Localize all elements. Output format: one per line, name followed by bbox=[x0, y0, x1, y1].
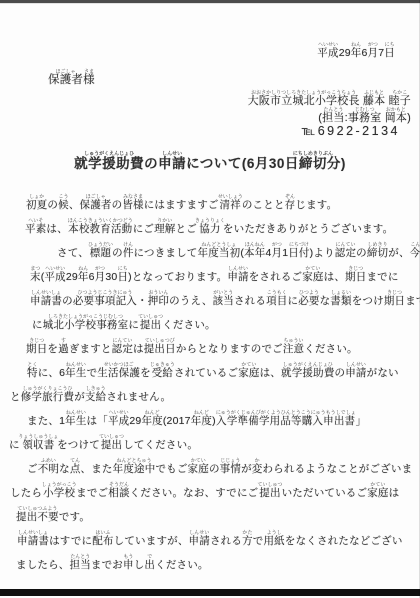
body-line-grade1-2: に領収書りょうしゅうしょをつけて提出ていしゅつしてください。 bbox=[0, 434, 420, 453]
document-title: 就学援助費しゅうがくえんじょひの申請しんせいについて(6月30日締切分にちしめき… bbox=[0, 151, 420, 172]
phone-line: ℡6922-2134 bbox=[0, 124, 420, 138]
body-line-inquiry-1: ご不明ふめいな点てん、また年度途中ねんどとちゅうでもご家庭かていの事情じじょうが… bbox=[0, 458, 420, 477]
letter-content: 平成へいせい29年ねん6月がつ7日にち保護者ほごしゃ様さま大阪市立城北小学校長お… bbox=[0, 4, 420, 578]
scanned-letter: 平成へいせい29年ねん6月がつ7日にち保護者ほごしゃ様さま大阪市立城北小学校長お… bbox=[0, 0, 420, 598]
date-line: 平成へいせい29年ねん6月がつ7日にち bbox=[0, 42, 420, 60]
body-line-deadline-2: 末まつ(平成へいせい29年ねん6月がつ30日にち)となっております。申請しんせい… bbox=[0, 266, 420, 285]
sender-contact-line: (担当たんとう:事務室じむしつ 岡本おかもと) bbox=[0, 107, 420, 124]
body-line-caution: 期日きじつを過すぎますと認定にんていは提出日ていしゅつびからとなりますのでご注意… bbox=[0, 338, 420, 357]
scan-bottom-edge bbox=[0, 589, 420, 596]
body-line-greeting-1: 初夏しょかの候こう、保護者ほごしゃの皆様みなさまにはますますご清祥せいしょうのこ… bbox=[0, 194, 420, 213]
body-line-deadline-1: さて、標題ひょうだいの件けんにつきまして年度当初ねんどとうしょ(本年ほんねん4月… bbox=[0, 242, 420, 261]
body-line-inquiry-3: 提出不要ていしゅつふようです。 bbox=[0, 506, 420, 525]
body-line-grade6-1: 特とくに、6年生ねんせいで生活保護せいかつほごを受給じゅきゅうされているご家庭か… bbox=[0, 362, 420, 381]
body-line-form-2: ましたら、担当たんとうまでお申もうし出でください。 bbox=[0, 554, 420, 573]
body-line-deadline-3: 申請書しんせいしょの必要事項記入ひつようじこうきにゅう・押印おういんのうえ、該当… bbox=[0, 290, 420, 309]
sender-name-line: 大阪市立城北小学校長おおさかしりつしろきたしょうがっこうちょう 藤本ふじもと 睦… bbox=[0, 90, 420, 107]
body-line-inquiry-2: したら小学校しょうがっこうまでご相談そうだんください。なお、すでにご提出ていしゅ… bbox=[0, 482, 420, 501]
addressee-line: 保護者ほごしゃ様さま bbox=[0, 68, 420, 86]
body-line-deadline-4: に城北小学校事務室しろきたしょうがっこうじむしつに提出ていしゅつください。 bbox=[0, 314, 420, 333]
body-line-grade1-1: また、1年生ねんせいは「平成へいせい29年度ねんど(2017年度ねんど)入学準備… bbox=[0, 410, 420, 429]
body-line-form-1: 申請書しんせいしょはすでに配布はいふしていますが、申請しんせいされる方かたで用紙… bbox=[0, 530, 420, 549]
body-line-grade6-2: と修学旅行費しゅうがくりょこうひが支給しきゅうされません。 bbox=[0, 386, 420, 405]
body-line-greeting-2: 平素へいそは、本校教育活動ほんこうきょういくかつどうにご理解りかいとご協力きょう… bbox=[0, 218, 420, 237]
